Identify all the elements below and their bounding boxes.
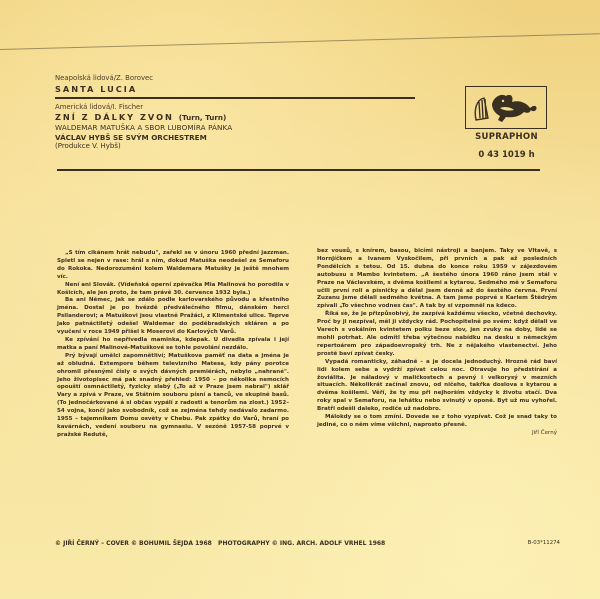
track2-subtitle: (Turn, Turn) [179,113,227,122]
label-brand: SUPRAPHON [465,132,548,142]
liner-notes-left-column: „S tím cikánem hrát nebudu", zařekl se v… [57,250,289,440]
copyright-credits: © JIŘÍ ČERNÝ – COVER © BOHUMIL ŠEJDA 196… [55,540,385,547]
header-divider [57,169,540,171]
paragraph: Málokdy se o tom zmíní. Dovede se z toho… [317,414,557,430]
paragraph: Prý bývají umělci zapomnětliví; Matuškov… [57,353,289,440]
catalog-number: 0 43 1019 h [465,150,548,160]
liner-notes-right-column: bez vousů, s knírem, basou, bicími nástr… [317,248,557,438]
author-signature: Jiří Černý [317,430,557,438]
supraphon-logo-icon [465,86,547,129]
track1-title: SANTA LUCIA [55,84,494,95]
footer-credits: © JIŘÍ ČERNÝ – COVER © BOHUMIL ŠEJDA 196… [55,540,560,547]
paragraph: „S tím cikánem hrát nebudu", zařekl se v… [57,250,289,282]
paragraph: Vypadá romanticky, záhadně – a je docela… [317,359,557,414]
divider [55,97,415,99]
producer: (Produkce V. Hybš) [55,142,494,152]
track2-credit: Americká lidová/I. Fischer [55,103,494,113]
paragraph: bez vousů, s knírem, basou, bicími nástr… [317,248,557,311]
print-code: B-03*11274 [528,540,560,547]
paragraph: Ba ani Němec, jak se zdálo podle karlova… [57,297,289,337]
paragraph: Není ani Slovák. (Vídeňská operní zpěvač… [57,282,289,298]
orchestra: VÁCLAV HYBŠ SE SVÝM ORCHESTREM [55,133,494,143]
track2-title-line: ZNÍ Z DÁLKY ZVON (Turn, Turn) [55,112,494,123]
paragraph: Říká se, že je přizpůsobivý, že zazpívá … [317,311,557,358]
track1-credit: Neapolská lidová/Z. Borovec [55,74,494,84]
performer: WALDEMAR MATUŠKA A SBOR LUBOMÍRA PÁNKA [55,123,494,133]
track2-title: ZNÍ Z DÁLKY ZVON [55,112,174,122]
paragraph: Ke zpívání ho nepřivedla maminka, kdepak… [57,337,289,353]
track-listing: Neapolská lidová/Z. Borovec SANTA LUCIA … [55,74,494,152]
